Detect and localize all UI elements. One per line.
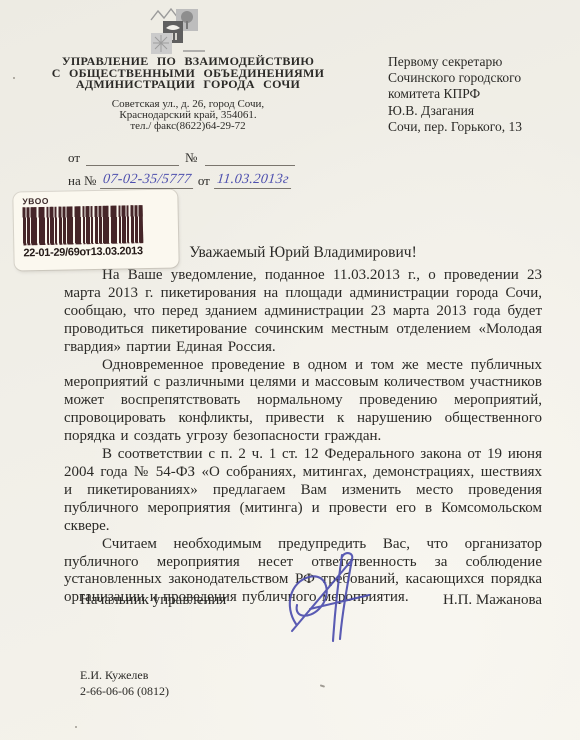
org-name-block: УПРАВЛЕНИЕ ПО ВЗАИМОДЕЙСТВИЮ С ОБЩЕСТВЕН… <box>38 56 338 91</box>
executor-name: Е.И. Кужелев <box>80 667 169 683</box>
blank-date-line <box>86 151 179 166</box>
paragraph: На Ваше уведомление, поданное 11.03.2013… <box>64 267 542 357</box>
handwritten-reply-date: 11.03.2013г <box>214 172 293 189</box>
sochi-emblem-icon <box>148 6 206 58</box>
barcode-icon <box>23 205 144 245</box>
recipient-line: Сочи, пер. Горького, 13 <box>388 119 568 135</box>
salutation: Уважаемый Юрий Владимирович! <box>64 244 542 262</box>
paragraph: В соответствии с п. 2 ч. 1 ст. 12 Федера… <box>64 446 542 536</box>
recipient-line: Сочинского городского <box>388 70 568 86</box>
recipient-line: комитета КПРФ <box>388 86 568 102</box>
signer-position: Начальник управления <box>80 592 226 609</box>
org-address-line: тел./ факс(8622)64-29-72 <box>38 121 338 132</box>
paragraph: Одновременное проведение в одном и том ж… <box>64 357 542 447</box>
signer-name: Н.П. Мажанова <box>443 592 542 609</box>
executor-block: Е.И. Кужелев 2-66-06-06 (0812) <box>80 667 169 699</box>
incoming-ref-line: на №07-02-35/5777от11.03.2013г <box>68 172 295 189</box>
scan-speck <box>13 77 15 79</box>
reply-from-label: от <box>198 173 210 188</box>
executor-phone: 2-66-06-06 (0812) <box>80 683 169 699</box>
reply-label: на № <box>68 173 96 188</box>
org-name-line: АДМИНИСТРАЦИИ ГОРОДА СОЧИ <box>38 79 338 91</box>
scan-speck <box>320 684 325 687</box>
from-label: от <box>68 150 80 165</box>
barcode-tag: УВОО <box>22 194 169 207</box>
blank-number-line <box>205 151 295 166</box>
recipient-line: Первому секретарю <box>388 54 568 70</box>
recipient-line: Ю.В. Дзагания <box>388 103 568 119</box>
scan-speck <box>75 726 77 728</box>
outgoing-ref-line: от№ <box>68 150 295 166</box>
org-address-line: Краснодарский край, 354061. <box>38 110 338 121</box>
recipient-block: Первому секретарю Сочинского городского … <box>388 54 568 135</box>
signature-row: Начальник управления Н.П. Мажанова <box>80 592 542 609</box>
org-address-block: Советская ул., д. 26, город Сочи, Красно… <box>38 99 338 131</box>
scanned-letter-page: УПРАВЛЕНИЕ ПО ВЗАИМОДЕЙСТВИЮ С ОБЩЕСТВЕН… <box>0 0 580 740</box>
handwritten-reply-number: 07-02-35/5777 <box>100 172 195 189</box>
number-label: № <box>185 150 197 165</box>
